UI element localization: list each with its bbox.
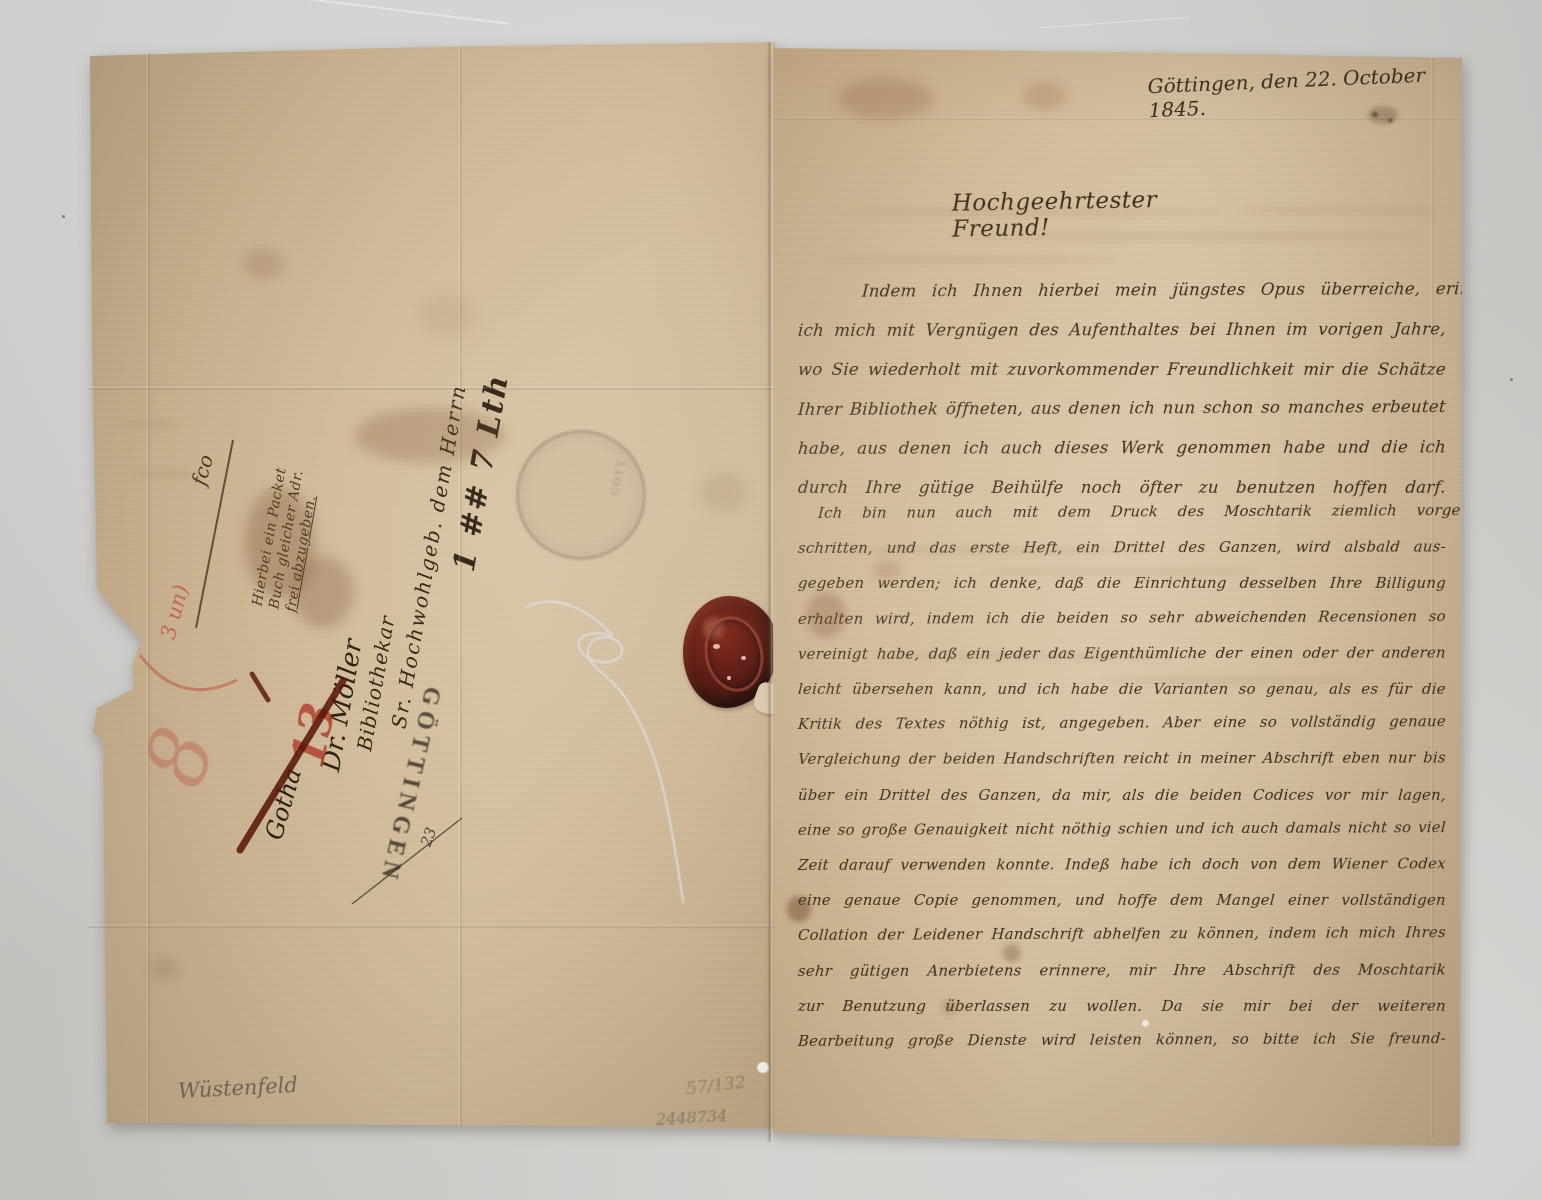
handwriting-word: sie bbox=[1201, 998, 1224, 1015]
handwriting-line: IndemichIhnenhierbeimeinjüngstesOpusüber… bbox=[797, 279, 1510, 301]
handwriting-word: meiner bbox=[1200, 750, 1256, 767]
handwriting-word: Aufenthaltes bbox=[1069, 320, 1180, 339]
handwriting-word: einer bbox=[1287, 892, 1329, 909]
photo-of-letter: Hierbei ein Packet Buch gleicher Adr. fr… bbox=[0, 0, 1542, 1200]
handwriting-word: dem bbox=[1288, 856, 1322, 873]
handwriting-word: Freundlichkeit bbox=[1166, 360, 1295, 379]
handwriting-word: abhelfen bbox=[1093, 926, 1162, 943]
handwriting-word: gütige bbox=[918, 478, 975, 497]
handwriting-word: gütigen bbox=[849, 962, 910, 979]
handwriting-word: die bbox=[1421, 681, 1446, 698]
handwriting-word: Recensionen bbox=[1318, 608, 1418, 625]
handwriting-word: mir bbox=[1360, 786, 1388, 803]
handwriting-word: des bbox=[941, 787, 969, 804]
handwriting-word: Beihülfe bbox=[991, 478, 1064, 497]
handwriting-line: leichtübersehenkann,undichhabedieVariant… bbox=[797, 681, 1446, 698]
handwriting-line: KritikdesTextesnöthigist,angegeben.Abere… bbox=[797, 713, 1446, 733]
handwriting-word: Handschriften bbox=[1003, 751, 1116, 768]
handwriting-word: Schätze bbox=[1377, 360, 1447, 379]
handwriting-word: verwenden bbox=[900, 857, 987, 874]
handwriting-word: in bbox=[1177, 750, 1193, 767]
handwriting-word: Wiener bbox=[1331, 856, 1388, 873]
handwriting-word: Einrichtung bbox=[1134, 575, 1228, 592]
handwriting-line: gegebenwerden;ichdenke,daßdieEinrichtung… bbox=[797, 575, 1446, 592]
handwriting-word: Codices bbox=[1252, 787, 1314, 804]
handwriting-word: Werk bbox=[1120, 438, 1166, 457]
handwriting-word: Codex bbox=[1397, 856, 1446, 873]
handwriting-word: Handschrift bbox=[991, 926, 1085, 943]
handwriting-line: einesogroßeGenauigkeitnichtnöthigschienu… bbox=[797, 819, 1446, 839]
handwriting-word: Sie bbox=[1350, 1030, 1376, 1047]
handwriting-line: woSiewiederholtmitzuvorkommenderFreundli… bbox=[797, 360, 1446, 379]
handwriting-word: die bbox=[1097, 575, 1122, 592]
handwriting-word: Bibliothek bbox=[849, 399, 939, 418]
handwriting-word: genaue bbox=[843, 892, 901, 909]
handwriting-word: ich bbox=[1037, 681, 1062, 698]
handwriting-word: habe, bbox=[797, 439, 846, 458]
handwriting-word: der bbox=[1346, 644, 1373, 661]
handwriting-word: und bbox=[1075, 892, 1106, 909]
handwriting-word: kann, bbox=[944, 681, 988, 698]
handwriting-word: mit bbox=[1012, 504, 1039, 521]
handwriting-word: des bbox=[1178, 539, 1206, 556]
handwriting-word: Varianten bbox=[1153, 681, 1229, 698]
handwriting-word: vollständig bbox=[1290, 714, 1377, 731]
handwriting-word: indem bbox=[926, 610, 975, 627]
postmark-stamp: GÖTT bbox=[516, 430, 646, 560]
handwriting-line: IchbinnunauchmitdemDruckdesMoschtarikzie… bbox=[797, 502, 1466, 522]
handwriting-word: die bbox=[1341, 360, 1369, 379]
handwriting-word: Indeß bbox=[1065, 856, 1111, 873]
handwriting-word: Ich bbox=[817, 505, 843, 522]
handwriting-word: Abschrift bbox=[1223, 961, 1296, 978]
handwriting-word: wiederholt bbox=[867, 360, 961, 379]
handwriting-word: überreiche, bbox=[1320, 279, 1421, 298]
handwriting-word: Abschrift bbox=[1262, 750, 1335, 767]
handwriting-word: hierbei bbox=[1038, 281, 1101, 300]
handwriting-word: Sie bbox=[831, 360, 860, 379]
handwriting-word: nöthig bbox=[1061, 820, 1112, 837]
handwriting-word: ich bbox=[1128, 398, 1155, 417]
handwriting-word: mein bbox=[1114, 280, 1158, 299]
handwriting-word: und bbox=[886, 540, 917, 557]
handwriting-line: Zeitdaraufverwendenkonnte.Indeßhabeichdo… bbox=[797, 856, 1446, 874]
letter-address-page: Hierbei ein Packet Buch gleicher Adr. fr… bbox=[85, 40, 782, 1132]
handwriting-word: aus bbox=[857, 439, 888, 458]
handwriting-word: Ihre bbox=[865, 478, 902, 497]
handwriting-word: bis bbox=[1423, 750, 1447, 767]
handwriting-word: große bbox=[861, 821, 908, 838]
handwriting-word: mich bbox=[834, 321, 877, 340]
handwriting-word: daß bbox=[1055, 575, 1085, 592]
handwriting-word: Zeit bbox=[797, 857, 829, 874]
handwriting-word: nun bbox=[1162, 398, 1196, 417]
handwriting-word: Kritik bbox=[797, 716, 842, 733]
handwriting-word: nur bbox=[1388, 750, 1416, 767]
handwriting-word: eine bbox=[797, 892, 831, 909]
handwriting-line: vereinigthabe,daßeinjederdasEigenthümlic… bbox=[797, 644, 1446, 662]
handwriting-word: Copie bbox=[913, 892, 959, 909]
handwriting-word: nöthig bbox=[958, 715, 1009, 732]
handwriting-word: so bbox=[1261, 397, 1281, 416]
handwriting-word: lagen, bbox=[1398, 786, 1447, 803]
wax-seal-highlight bbox=[741, 656, 746, 660]
handwriting-word: ich bbox=[1313, 1031, 1338, 1048]
paper-surface-left: Hierbei ein Packet Buch gleicher Adr. fr… bbox=[85, 40, 782, 1132]
handwriting-word: Ihrer bbox=[797, 399, 842, 418]
letter-text-page: Göttingen, den 22. October 1845. Hochgee… bbox=[770, 38, 1466, 1150]
wax-seal bbox=[683, 596, 778, 708]
handwriting-word: darauf bbox=[839, 857, 891, 874]
handwriting-word: angegeben. bbox=[1059, 715, 1150, 732]
handwriting-word: aus bbox=[1030, 398, 1061, 417]
handwriting-word: Ihres bbox=[1405, 925, 1446, 942]
handwriting-word: weiteren bbox=[1377, 998, 1447, 1015]
handwriting-word: indem bbox=[1268, 925, 1317, 942]
handwriting-word: die bbox=[1118, 681, 1143, 698]
handwriting-word: mir bbox=[1303, 360, 1334, 379]
handwriting-word: erinnere, bbox=[1039, 962, 1112, 979]
paper-surface-right: Göttingen, den 22. October 1845. Hochgee… bbox=[770, 38, 1466, 1150]
handwriting-word: manches bbox=[1287, 397, 1365, 416]
handwriting-word: einen bbox=[1250, 645, 1294, 662]
wax-seal-highlight bbox=[727, 676, 731, 680]
handwriting-word: Ihre bbox=[1173, 962, 1207, 979]
handwriting-word: der bbox=[908, 751, 935, 768]
handwriting-word: erste bbox=[970, 540, 1011, 557]
handwriting-word: mir, bbox=[1081, 787, 1112, 804]
handwriting-word: bin bbox=[862, 505, 888, 522]
handwriting-word: genau, bbox=[1266, 681, 1320, 698]
handwriting-word: zu bbox=[1170, 926, 1189, 943]
handwriting-word: die bbox=[1021, 610, 1046, 627]
handwriting-word: wollen. bbox=[1086, 998, 1143, 1015]
handwriting-word: der bbox=[1331, 998, 1358, 1015]
pencil-inventory-number: 2448734 bbox=[656, 1106, 728, 1129]
handwriting-word: anderen bbox=[1381, 644, 1446, 661]
handwriting-word: eben bbox=[1342, 750, 1381, 767]
handwriting-word: durch bbox=[797, 478, 849, 497]
handwriting-word: beiden bbox=[1189, 787, 1243, 804]
handwriting-word: des bbox=[1029, 321, 1060, 340]
handwriting-line: IhrerBibliotheköffneten,ausdenenichnunsc… bbox=[797, 397, 1446, 419]
wax-seal-highlight bbox=[713, 644, 720, 649]
handwriting-word: wird bbox=[1295, 539, 1331, 556]
handwriting-word: Anerbietens bbox=[927, 962, 1022, 979]
handwriting-word: erhalten bbox=[797, 610, 864, 627]
handwriting-word: Benutzung bbox=[842, 998, 927, 1015]
handwriting-word: abweichenden bbox=[1194, 608, 1307, 625]
handwriting-line: BearbeitunggroßeDienstewirdleistenkönnen… bbox=[797, 1030, 1446, 1050]
handwriting-word: desselben bbox=[1239, 575, 1318, 592]
handwriting-word: schien bbox=[1118, 820, 1169, 837]
handwriting-word: zur bbox=[797, 998, 823, 1015]
handwriting-word: genommen, bbox=[971, 892, 1063, 909]
handwriting-word: und bbox=[1337, 437, 1371, 456]
handwriting-word: daß bbox=[928, 645, 958, 662]
handwriting-word: wo bbox=[797, 360, 823, 379]
handwriting-word: sehr bbox=[1149, 609, 1184, 626]
handwriting-word: auch bbox=[955, 504, 993, 521]
handwriting-word: Ihnen bbox=[1226, 320, 1277, 339]
handwriting-word: habe bbox=[1283, 438, 1326, 457]
handwriting-word: Collation bbox=[797, 927, 868, 944]
handwriting-word: Dienste bbox=[967, 1032, 1027, 1049]
handwriting-word: dem bbox=[1170, 892, 1204, 909]
handwriting-line: VergleichungderbeidenHandschriftenreicht… bbox=[797, 750, 1446, 768]
handwriting-word: beiden bbox=[942, 751, 996, 768]
handwriting-word: über bbox=[797, 787, 834, 804]
handwriting-word: doch bbox=[1202, 856, 1241, 873]
handwriting-word: hoffe bbox=[1117, 892, 1158, 909]
postmark-text: GÖTT bbox=[609, 457, 628, 496]
handwriting-line: erhaltenwird,indemichdiebeidensosehrabwe… bbox=[797, 608, 1446, 628]
handwriting-word: Ihre bbox=[1329, 575, 1363, 592]
handwriting-word: benutzen bbox=[1235, 478, 1316, 497]
handwriting-word: oder bbox=[1302, 645, 1339, 662]
handwriting-word: Ihnen bbox=[973, 281, 1024, 300]
handwriting-word: jüngstes bbox=[1172, 280, 1246, 299]
handwriting-word: zuvorkommender bbox=[1007, 360, 1159, 379]
handwriting-line: habe,ausdenenichauchdiesesWerkgenommenha… bbox=[797, 437, 1446, 457]
handwriting-word: das bbox=[929, 540, 957, 557]
handwriting-word: bitte bbox=[1262, 1031, 1299, 1048]
handwriting-word: die bbox=[1155, 787, 1180, 804]
handwriting-word: so bbox=[1231, 1031, 1249, 1048]
handwriting-word: ich bbox=[1419, 437, 1446, 456]
handwriting-word: für bbox=[1388, 681, 1412, 698]
background-scratch bbox=[1040, 17, 1190, 28]
handwriting-word: auch bbox=[1241, 820, 1279, 837]
handwriting-word: Leidener bbox=[912, 927, 982, 944]
handwriting-word: da bbox=[1052, 787, 1072, 804]
handwriting-word: gegeben bbox=[797, 575, 865, 592]
handwriting-word: habe bbox=[1120, 856, 1159, 873]
handwriting-word: wird bbox=[1040, 1032, 1076, 1049]
handwriting-word: ich bbox=[963, 438, 990, 457]
handwriting-word: können, bbox=[1197, 925, 1260, 942]
handwriting-word: und bbox=[997, 681, 1028, 698]
handwriting-word: genommen bbox=[1176, 438, 1272, 457]
handwriting-line: übereinDritteldesGanzen,damir,alsdiebeid… bbox=[797, 786, 1446, 803]
handwriting-word: ziemlich bbox=[1331, 502, 1397, 519]
handwriting-word: Genauigkeit bbox=[913, 821, 1008, 838]
handwriting-word: ich bbox=[953, 575, 978, 592]
handwriting-word: das bbox=[1048, 645, 1076, 662]
handwriting-word: noch bbox=[1080, 478, 1123, 497]
handwriting-word: vollständigen bbox=[1341, 892, 1447, 909]
handwriting-word: ich bbox=[931, 281, 958, 300]
handwriting-word: Da bbox=[1161, 998, 1183, 1015]
handwriting-word: Bearbeitung bbox=[797, 1033, 894, 1050]
handwriting-word: nicht bbox=[1347, 819, 1388, 836]
handwriting-word: vorge- bbox=[1416, 502, 1466, 519]
handwriting-word: ich bbox=[797, 321, 824, 340]
handwriting-word: mich bbox=[1358, 925, 1397, 942]
handwriting-word: so bbox=[1394, 819, 1412, 836]
paper-fleck bbox=[1142, 1020, 1149, 1027]
sender-side-note: Hierbei ein Packet Buch gleicher Adr. fr… bbox=[250, 466, 325, 613]
handwriting-word: schon bbox=[1203, 398, 1255, 417]
handwriting-word: alsbald bbox=[1344, 539, 1401, 556]
handwriting-word: Moschtarik bbox=[1357, 961, 1446, 978]
handwriting-word: Mangel bbox=[1216, 892, 1275, 909]
handwriting-word: übersehen bbox=[852, 681, 935, 698]
handwriting-word: Eigenthümliche bbox=[1084, 645, 1208, 662]
handwriting-word: denen bbox=[1068, 398, 1122, 417]
handwriting-word: bei bbox=[1189, 320, 1217, 339]
handwriting-word: bei bbox=[1288, 998, 1313, 1015]
dust-speck bbox=[62, 215, 65, 218]
pencil-shelfmark: 57/132 bbox=[685, 1072, 747, 1099]
handwriting-word: eine bbox=[797, 822, 831, 839]
handwriting-word: der bbox=[1215, 645, 1242, 662]
handwriting-word: darf. bbox=[1405, 478, 1447, 497]
handwriting-word: des bbox=[1313, 961, 1341, 978]
handwriting-word: eine bbox=[1213, 714, 1247, 731]
handwriting-word: dem bbox=[1058, 504, 1092, 521]
handwriting-word: öfter bbox=[1139, 478, 1182, 497]
handwriting-word: Ganzen, bbox=[1218, 539, 1282, 556]
handwriting-word: mit bbox=[969, 360, 999, 379]
handwriting-word: nicht bbox=[1015, 821, 1056, 838]
handwriting-word: vor bbox=[1324, 786, 1350, 803]
handwriting-word: der bbox=[877, 927, 904, 944]
handwriting-word: ich bbox=[1211, 820, 1236, 837]
handwriting-word: mir bbox=[1243, 998, 1271, 1015]
handwriting-word: denen bbox=[898, 438, 952, 457]
handwriting-line: schritten,unddasersteHeft,einDritteldesG… bbox=[797, 539, 1446, 557]
date-line: Göttingen, den 22. October 1845. bbox=[1147, 62, 1449, 123]
handwriting-word: dieses bbox=[1054, 438, 1109, 457]
handwriting-word: reicht bbox=[1123, 751, 1170, 768]
handwriting-word: habe bbox=[1070, 681, 1109, 698]
handwriting-word: Aber bbox=[1163, 714, 1201, 731]
background-scratch bbox=[301, 0, 510, 25]
handwriting-word: sehr bbox=[797, 963, 832, 980]
red-crayon-loop-8: 8 bbox=[125, 715, 235, 799]
handwriting-word: so bbox=[1238, 681, 1256, 698]
handwriting-word: Ganzen, bbox=[978, 787, 1042, 804]
handwriting-word: Vergleichung bbox=[797, 751, 901, 768]
handwriting-word: erinnere bbox=[1435, 279, 1510, 298]
handwriting-word: leicht bbox=[797, 681, 842, 698]
handwriting-line: sehrgütigenAnerbietenserinnere,mirIhreAb… bbox=[797, 961, 1446, 979]
handwriting-word: leisten bbox=[1089, 1031, 1142, 1048]
handwriting-word: als bbox=[1122, 787, 1145, 804]
handwriting-word: vereinigt bbox=[797, 646, 868, 663]
pencil-name-wuestenfeld: Wüstenfeld bbox=[177, 1073, 298, 1103]
handwriting-word: konnte. bbox=[996, 856, 1056, 873]
handwriting-word: Moschtarik bbox=[1224, 503, 1313, 520]
page-fold-junction bbox=[767, 42, 774, 1142]
handwriting-word: freund- bbox=[1388, 1030, 1446, 1047]
handwriting-word: ich bbox=[986, 610, 1011, 627]
handwriting-word: die bbox=[1381, 437, 1409, 456]
franco-note: fco bbox=[187, 452, 219, 488]
handwriting-word: mit bbox=[886, 321, 916, 340]
handwriting-word: so bbox=[1259, 714, 1277, 731]
red-rate-note: 3 un) bbox=[156, 582, 193, 642]
handwriting-line: CollationderLeidenerHandschriftabhelfenz… bbox=[797, 925, 1446, 945]
handwriting-word: so bbox=[1428, 608, 1446, 625]
handwriting-word: ein bbox=[844, 787, 869, 804]
handwriting-word: auch bbox=[1001, 438, 1044, 457]
handwriting-word: werden; bbox=[877, 575, 942, 592]
handwriting-word: vorigen bbox=[1318, 320, 1385, 339]
handwriting-word: Drittel bbox=[1113, 539, 1165, 556]
red-arc bbox=[140, 655, 237, 690]
handwriting-word: und bbox=[1175, 820, 1206, 837]
handwriting-word: Billigung bbox=[1375, 575, 1447, 592]
handwriting-word: ist, bbox=[1022, 715, 1047, 732]
handwriting-word: von bbox=[1250, 856, 1279, 873]
handwriting-line: zurBenutzungüberlassenzuwollen.Dasiemirb… bbox=[797, 998, 1446, 1015]
handwriting-word: so bbox=[1120, 609, 1138, 626]
handwriting-word: des bbox=[1177, 503, 1205, 520]
handwriting-word: Textes bbox=[895, 716, 946, 733]
handwriting-word: denke, bbox=[990, 575, 1043, 592]
handwriting-word: es bbox=[1361, 681, 1379, 698]
handwriting-word: hoffen bbox=[1332, 478, 1388, 497]
handwriting-word: ein bbox=[966, 645, 991, 662]
handwriting-word: viel bbox=[1418, 819, 1447, 836]
handwriting-word: des bbox=[855, 716, 883, 733]
handwriting-word: Heft, bbox=[1023, 540, 1063, 557]
handwriting-word: ein bbox=[1076, 540, 1101, 557]
handwriting-word: öffneten, bbox=[945, 399, 1024, 418]
handwriting-word: Druck bbox=[1110, 503, 1158, 520]
handwriting-word: beiden bbox=[1056, 609, 1110, 626]
salutation: Hochgeehrtester Freund! bbox=[952, 185, 1263, 242]
handwriting-word: genaue bbox=[1389, 713, 1447, 730]
handwriting-line: einegenaueCopiegenommen,undhoffedemMange… bbox=[797, 892, 1446, 909]
handwriting-word: aus- bbox=[1413, 539, 1446, 556]
handwriting-word: ich bbox=[1325, 925, 1350, 942]
handwriting-word: können, bbox=[1155, 1031, 1218, 1048]
handwriting-word: wird, bbox=[875, 610, 916, 627]
handwriting-word: Vergnügen bbox=[925, 321, 1020, 340]
handwriting-word: im bbox=[1286, 320, 1309, 339]
handwriting-word: Opus bbox=[1260, 280, 1306, 299]
handwriting-word: Drittel bbox=[879, 787, 931, 804]
handwriting-word: Indem bbox=[861, 281, 917, 300]
handwriting-word: erbeutet bbox=[1371, 397, 1446, 416]
handwriting-word: habe, bbox=[876, 646, 920, 663]
handwriting-word: große bbox=[908, 1032, 955, 1049]
handwriting-word: überlassen bbox=[945, 998, 1031, 1015]
handwriting-line: ichmichmitVergnügendesAufenthaltesbeiIhn… bbox=[797, 320, 1446, 340]
handwriting-word: ich bbox=[1168, 856, 1193, 873]
handwriting-line: durchIhregütigeBeihülfenochöfterzubenutz… bbox=[797, 478, 1446, 497]
handwriting-word: mir bbox=[1128, 962, 1156, 979]
handwriting-word: Jahre, bbox=[1393, 320, 1446, 339]
handwriting-word: damals bbox=[1285, 819, 1341, 836]
handwriting-word: nun bbox=[906, 504, 937, 521]
handwriting-word: zu bbox=[1198, 478, 1219, 497]
handwriting-word: so bbox=[837, 822, 855, 839]
handwriting-word: schritten, bbox=[797, 540, 873, 557]
handwriting-word: jeder bbox=[999, 645, 1040, 662]
handwriting-word: zu bbox=[1049, 998, 1068, 1015]
handwriting-word: als bbox=[1328, 681, 1351, 698]
dust-speck bbox=[1510, 378, 1513, 381]
